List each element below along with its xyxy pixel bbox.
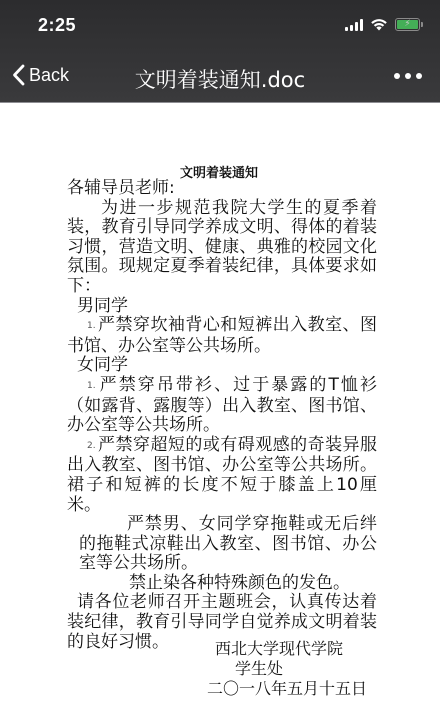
general-rule-hair: 禁止染各种特殊颜色的发色。 [67, 574, 377, 594]
salutation: 各辅导员老师: [67, 179, 377, 199]
notice-body: 各辅导员老师: 为进一步规范我院大学生的夏季着装，教育引导同学养成文明、得体的着… [67, 179, 377, 652]
battery-charging-icon: ⚡ [395, 18, 420, 31]
navigation-bar: Back 文明着装通知.doc [0, 56, 440, 100]
signal-icon [345, 18, 363, 31]
item-text: 严禁穿超短的或有碍观感的奇装异服出入教室、图书馆、办公室等公共场所。裙子和短裤的… [67, 435, 377, 515]
wifi-icon [370, 17, 388, 31]
item-text: 严禁穿吊带衫、过于暴露的T恤衫（如露背、露腹等）出入教室、图书馆、办公室等公共场… [67, 375, 377, 435]
general-rule-slippers: 严禁男、女同学穿拖鞋或无后绊的拖鞋式凉鞋出入教室、图书馆、办公室等公共场所。 [67, 515, 377, 574]
item-number: 1. [87, 381, 96, 391]
item-text: 严禁穿坎袖背心和短裤出入教室、图书馆、办公室等公共场所。 [67, 315, 377, 356]
item-number: 1. [87, 321, 96, 331]
status-time: 2:25 [38, 15, 76, 36]
more-button[interactable] [394, 73, 422, 79]
item-number: 2. [87, 441, 96, 451]
top-bar: 2:25 ⚡ Back 文明着装通知.doc [0, 0, 440, 103]
male-rule-1: 1.严禁穿坎袖背心和短裤出入教室、图书馆、办公室等公共场所。 [67, 316, 377, 356]
female-rule-2: 2.严禁穿超短的或有碍观感的奇装异服出入教室、图书馆、办公室等公共场所。裙子和短… [67, 436, 377, 515]
section-heading-female: 女同学 [67, 356, 377, 376]
female-rule-1: 1.严禁穿吊带衫、过于暴露的T恤衫（如露背、露腹等）出入教室、图书馆、办公室等公… [67, 376, 377, 436]
document-title: 文明着装通知.doc [0, 64, 440, 94]
more-icon [394, 73, 400, 79]
intro-paragraph: 为进一步规范我院大学生的夏季着装，教育引导同学养成文明、得体的着装习惯，营造文明… [67, 199, 377, 297]
section-heading-male: 男同学 [67, 297, 377, 317]
status-icons: ⚡ [345, 17, 420, 31]
signature-date: 二〇一八年五月十五日 [207, 676, 367, 699]
